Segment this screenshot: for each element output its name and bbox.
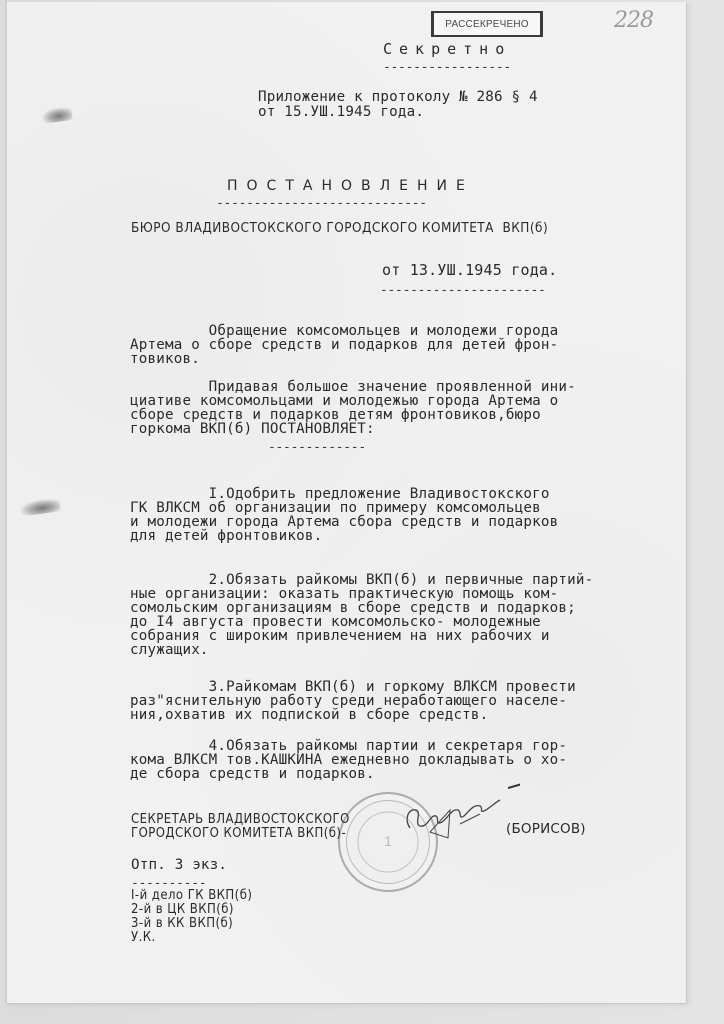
document-title: ПОСТАНОВЛЕНИЕ — [227, 179, 474, 194]
declassified-stamp: РАССЕКРЕЧЕНО — [431, 11, 543, 37]
archive-sheet-number: 228 — [614, 8, 653, 33]
issuer-line: БЮРО ВЛАДИВОСТОКСКОГО ГОРОДСКОГО КОМИТЕТ… — [131, 222, 548, 237]
handwritten-signature-icon — [400, 780, 520, 840]
text-line: де сбора средств и подарков. — [130, 767, 375, 782]
text-line: ния,охватив их подпиской в сборе средств… — [130, 708, 488, 723]
text-line: товиков. — [130, 352, 200, 367]
title-underline: ---------------------------- — [216, 196, 427, 211]
document-date: от 13.УШ.1945 года. — [382, 263, 557, 278]
copies-count: Отп. 3 экз. — [131, 858, 227, 873]
signatory-name: (БОРИСОВ) — [506, 822, 586, 837]
text-line: горкома ВКП(б) ПОСТАНОВЛЯЕТ: — [130, 422, 375, 437]
appendix-line-2: от 15.УШ.1945 года. — [258, 105, 424, 120]
appendix-line-1: Приложение к протоколу № 286 § 4 — [258, 90, 538, 105]
date-underline: ---------------------- — [380, 283, 546, 298]
text-line: служащих. — [130, 643, 209, 658]
text-line: для детей фронтовиков. — [130, 529, 322, 544]
signatory-title-line-2: ГОРОДСКОГО КОМИТЕТА ВКП(б)- — [131, 827, 346, 842]
svg-text:1: 1 — [384, 833, 392, 849]
classification-underline: ----------------- — [383, 60, 511, 75]
page-left-edge — [5, 0, 7, 1003]
preamble-underline: ------------- — [268, 440, 366, 455]
classification-label: Секретно — [383, 42, 511, 57]
distribution-item: У.К. — [131, 931, 156, 946]
